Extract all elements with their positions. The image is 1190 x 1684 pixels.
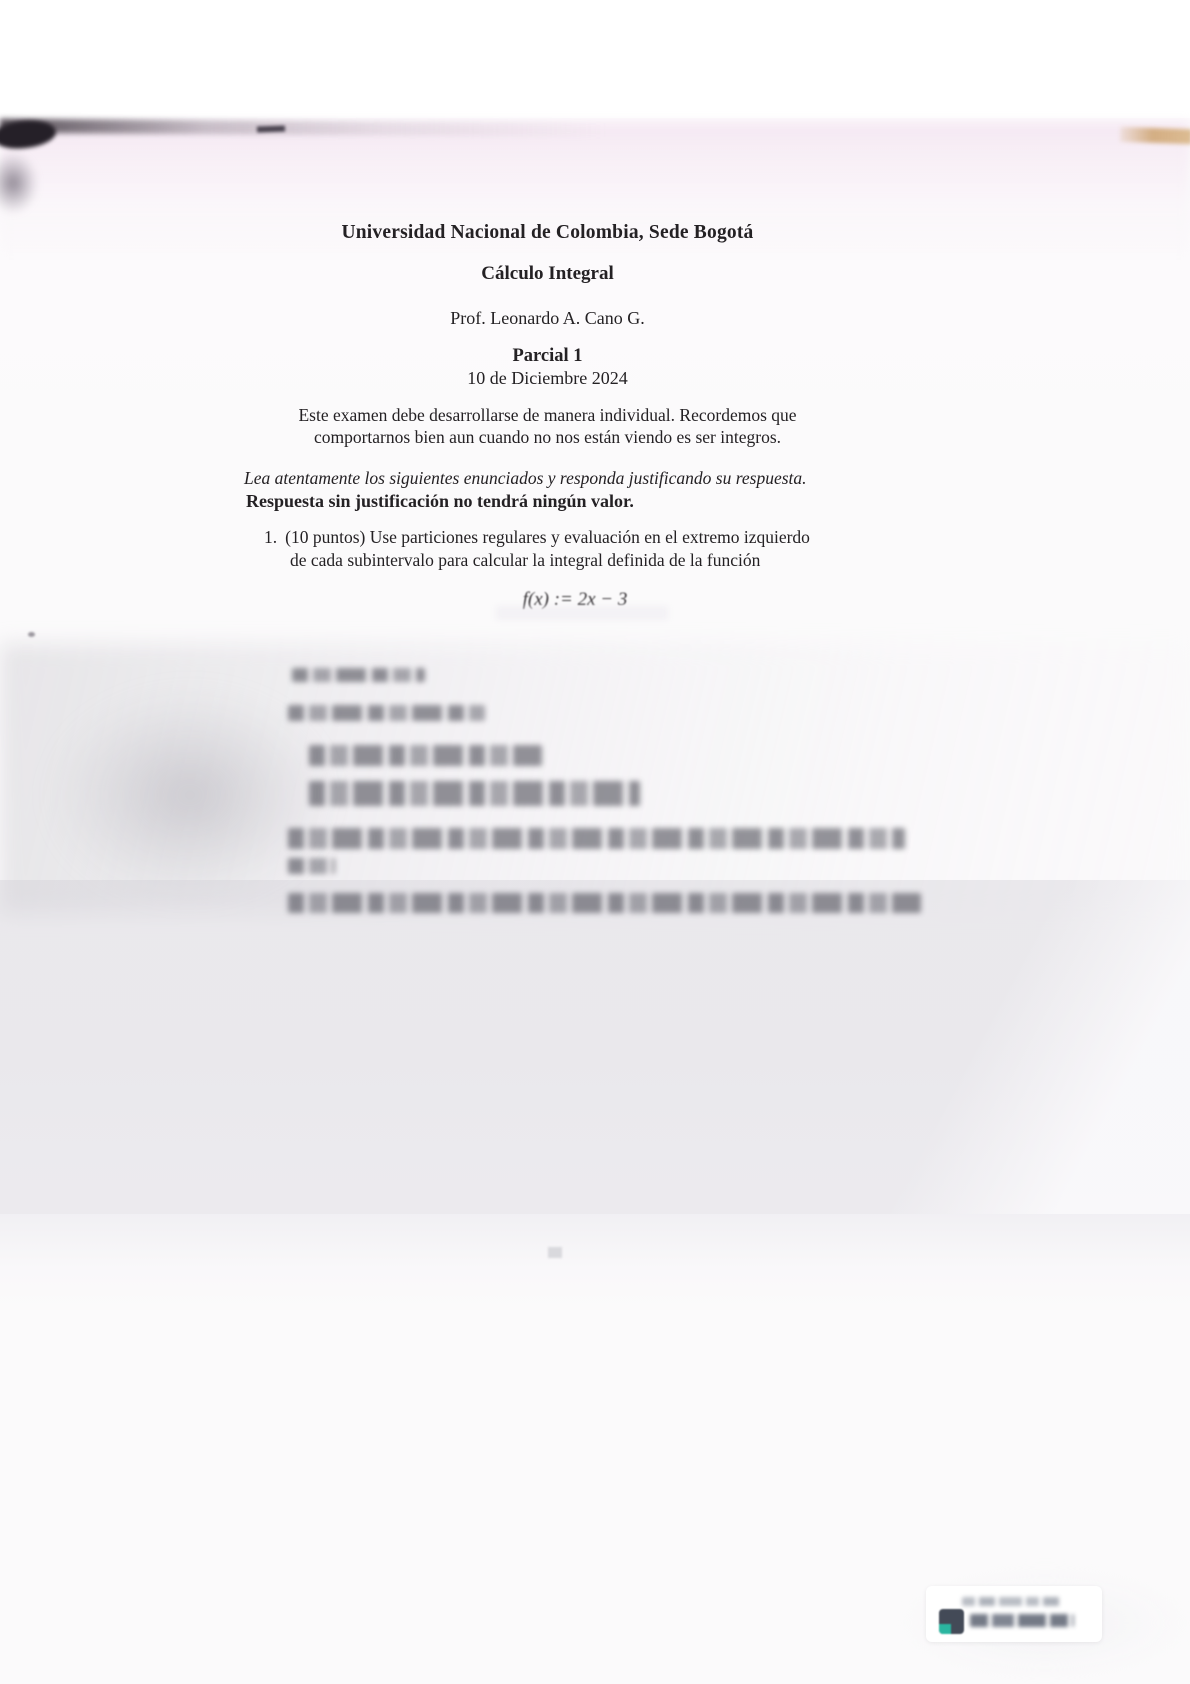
instruction-read-carefully: Lea atentamente los siguientes enunciado…: [244, 468, 807, 489]
scan-artifact-speck: [28, 632, 35, 637]
blurred-text-line: [288, 858, 335, 874]
exam-date: 10 de Diciembre 2024: [0, 368, 1095, 389]
professor-line: Prof. Leonardo A. Cano G.: [0, 308, 1095, 329]
university-title: Universidad Nacional de Colombia, Sede B…: [0, 222, 1095, 244]
blurred-text-line: [309, 745, 542, 766]
blurred-text-line: [288, 705, 485, 721]
scan-crease-tint: [0, 122, 1190, 272]
question-1-line-1: 1.(10 puntos) Use particiones regulares …: [264, 527, 810, 548]
scan-artifact-wedge: [0, 152, 38, 214]
watermark-text-main: [970, 1614, 1074, 1627]
blurred-text-line: [292, 668, 425, 682]
scan-artifact-dash: [257, 126, 285, 133]
scanner-app-icon-accent: [939, 1624, 951, 1634]
question-1-number: 1.: [264, 527, 277, 548]
scanner-watermark-badge: [926, 1586, 1102, 1642]
watermark-text-top: [962, 1597, 1060, 1606]
integrity-note-line-2: comportarnos bien aun cuando no nos está…: [0, 427, 1095, 448]
scan-artifact-small-blob: [548, 1247, 562, 1258]
course-title: Cálculo Integral: [0, 263, 1095, 285]
blurred-text-line: [288, 893, 921, 913]
integrity-note-line-1: Este examen debe desarrollarse de manera…: [0, 405, 1095, 426]
scan-artifact-tape-mark: [1120, 127, 1190, 145]
instruction-no-justification: Respuesta sin justificación no tendrá ni…: [246, 491, 634, 512]
question-1-line-2: de cada subintervalo para calcular la in…: [290, 550, 760, 571]
blurred-text-line: [288, 828, 905, 849]
exam-title: Parcial 1: [0, 346, 1095, 367]
question-1-text: (10 puntos) Use particiones regulares y …: [285, 527, 810, 547]
scan-blur-wash: [496, 606, 668, 620]
scanned-exam-page: Universidad Nacional de Colombia, Sede B…: [0, 0, 1190, 1684]
scanner-app-icon: [939, 1609, 964, 1634]
scan-shadow-fade: [0, 1214, 1190, 1309]
scan-fold-highlight: [690, 880, 1190, 1214]
blurred-text-line: [309, 781, 640, 806]
